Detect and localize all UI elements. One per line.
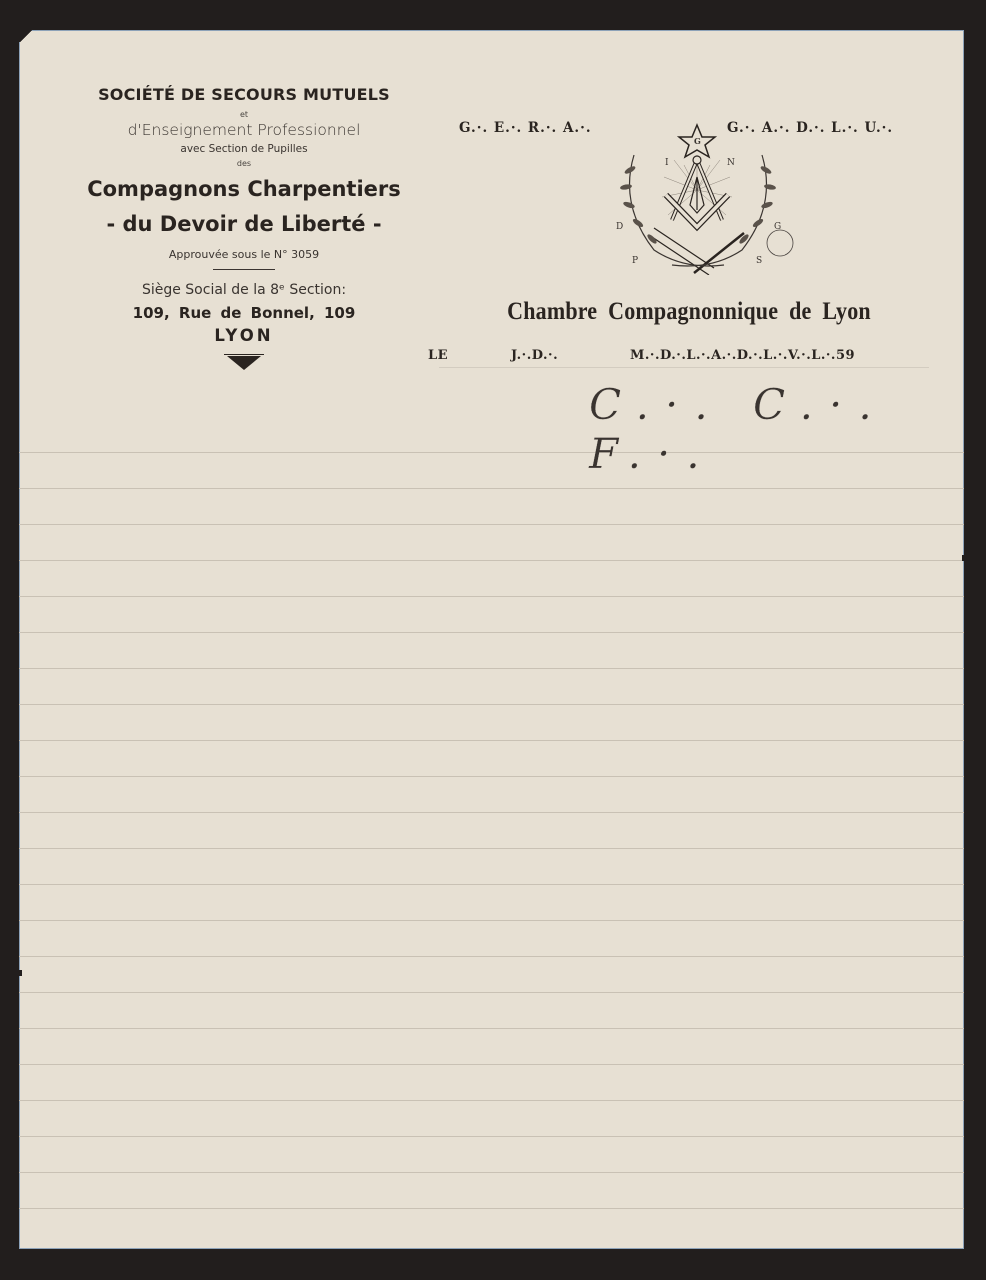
ruled-line [19,992,964,993]
ruled-line [19,524,964,525]
ruled-line [19,920,964,921]
date-underline [439,367,929,368]
ornament-line [224,354,264,355]
org-name-line1: Compagnons Charpentiers [59,176,429,203]
ruled-line [19,848,964,849]
ruled-line [19,488,964,489]
triangle-ornament-icon [227,356,261,370]
pupilles-section: avec Section de Pupilles [59,143,429,155]
ruled-line [19,1100,964,1101]
date-month-year: M.·.D.·.L.·.A.·.D.·.L.·.V.·.L.·.59 [630,348,855,363]
svg-text:G: G [774,222,781,232]
paper-edge-nick [18,970,22,976]
org-name-line2: - du Devoir de Liberté - [59,211,429,238]
ruled-line [19,596,964,597]
ruled-line [19,812,964,813]
ccf-monogram: C.·. C.·. F.·. [589,380,964,478]
date-day: J.·.D.·. [511,348,558,363]
ruled-line [19,884,964,885]
ruled-line [19,740,964,741]
ruled-line [19,668,964,669]
square-and-compass-emblem-icon: G I N D G P S [594,115,804,275]
seat-label: Siège Social de la 8ᵉ Section: [59,282,429,298]
paper-edge-nick [962,555,966,561]
svg-text:N: N [727,158,735,168]
svg-text:G: G [694,136,701,146]
street-address: 109, Rue de Bonnel, 109 [59,304,429,322]
svg-text:P: P [632,256,638,266]
ruled-line [19,560,964,561]
city-name: LYON [59,326,429,345]
ruled-line [19,776,964,777]
letterhead-paper: SOCIÉTÉ DE SECOURS MUTUELS et d'Enseigne… [19,30,964,1249]
separator-rule [213,269,275,270]
conjunction-et: et [59,110,429,119]
society-subtitle: d'Enseignement Professionnel [59,121,429,139]
society-header: SOCIÉTÉ DE SECOURS MUTUELS et d'Enseigne… [59,85,429,370]
abbreviation-left: G.·. E.·. R.·. A.·. [459,120,592,136]
ruled-line [19,1172,964,1173]
ruled-line [19,632,964,633]
ruled-line [19,1136,964,1137]
ruled-line [19,704,964,705]
society-title: SOCIÉTÉ DE SECOURS MUTUELS [59,85,429,104]
ruled-line [19,1028,964,1029]
chamber-name: Chambre Compagnonnique de Lyon [495,298,882,326]
ruled-line [19,956,964,957]
ruled-line [19,1064,964,1065]
svg-text:I: I [665,158,669,168]
conjunction-des: des [59,159,429,168]
date-prefix-le: LE [428,348,448,363]
svg-text:S: S [756,256,762,266]
svg-text:D: D [616,222,623,232]
ruled-line [19,1208,964,1209]
approval-number: Approuvée sous le N° 3059 [59,248,429,261]
